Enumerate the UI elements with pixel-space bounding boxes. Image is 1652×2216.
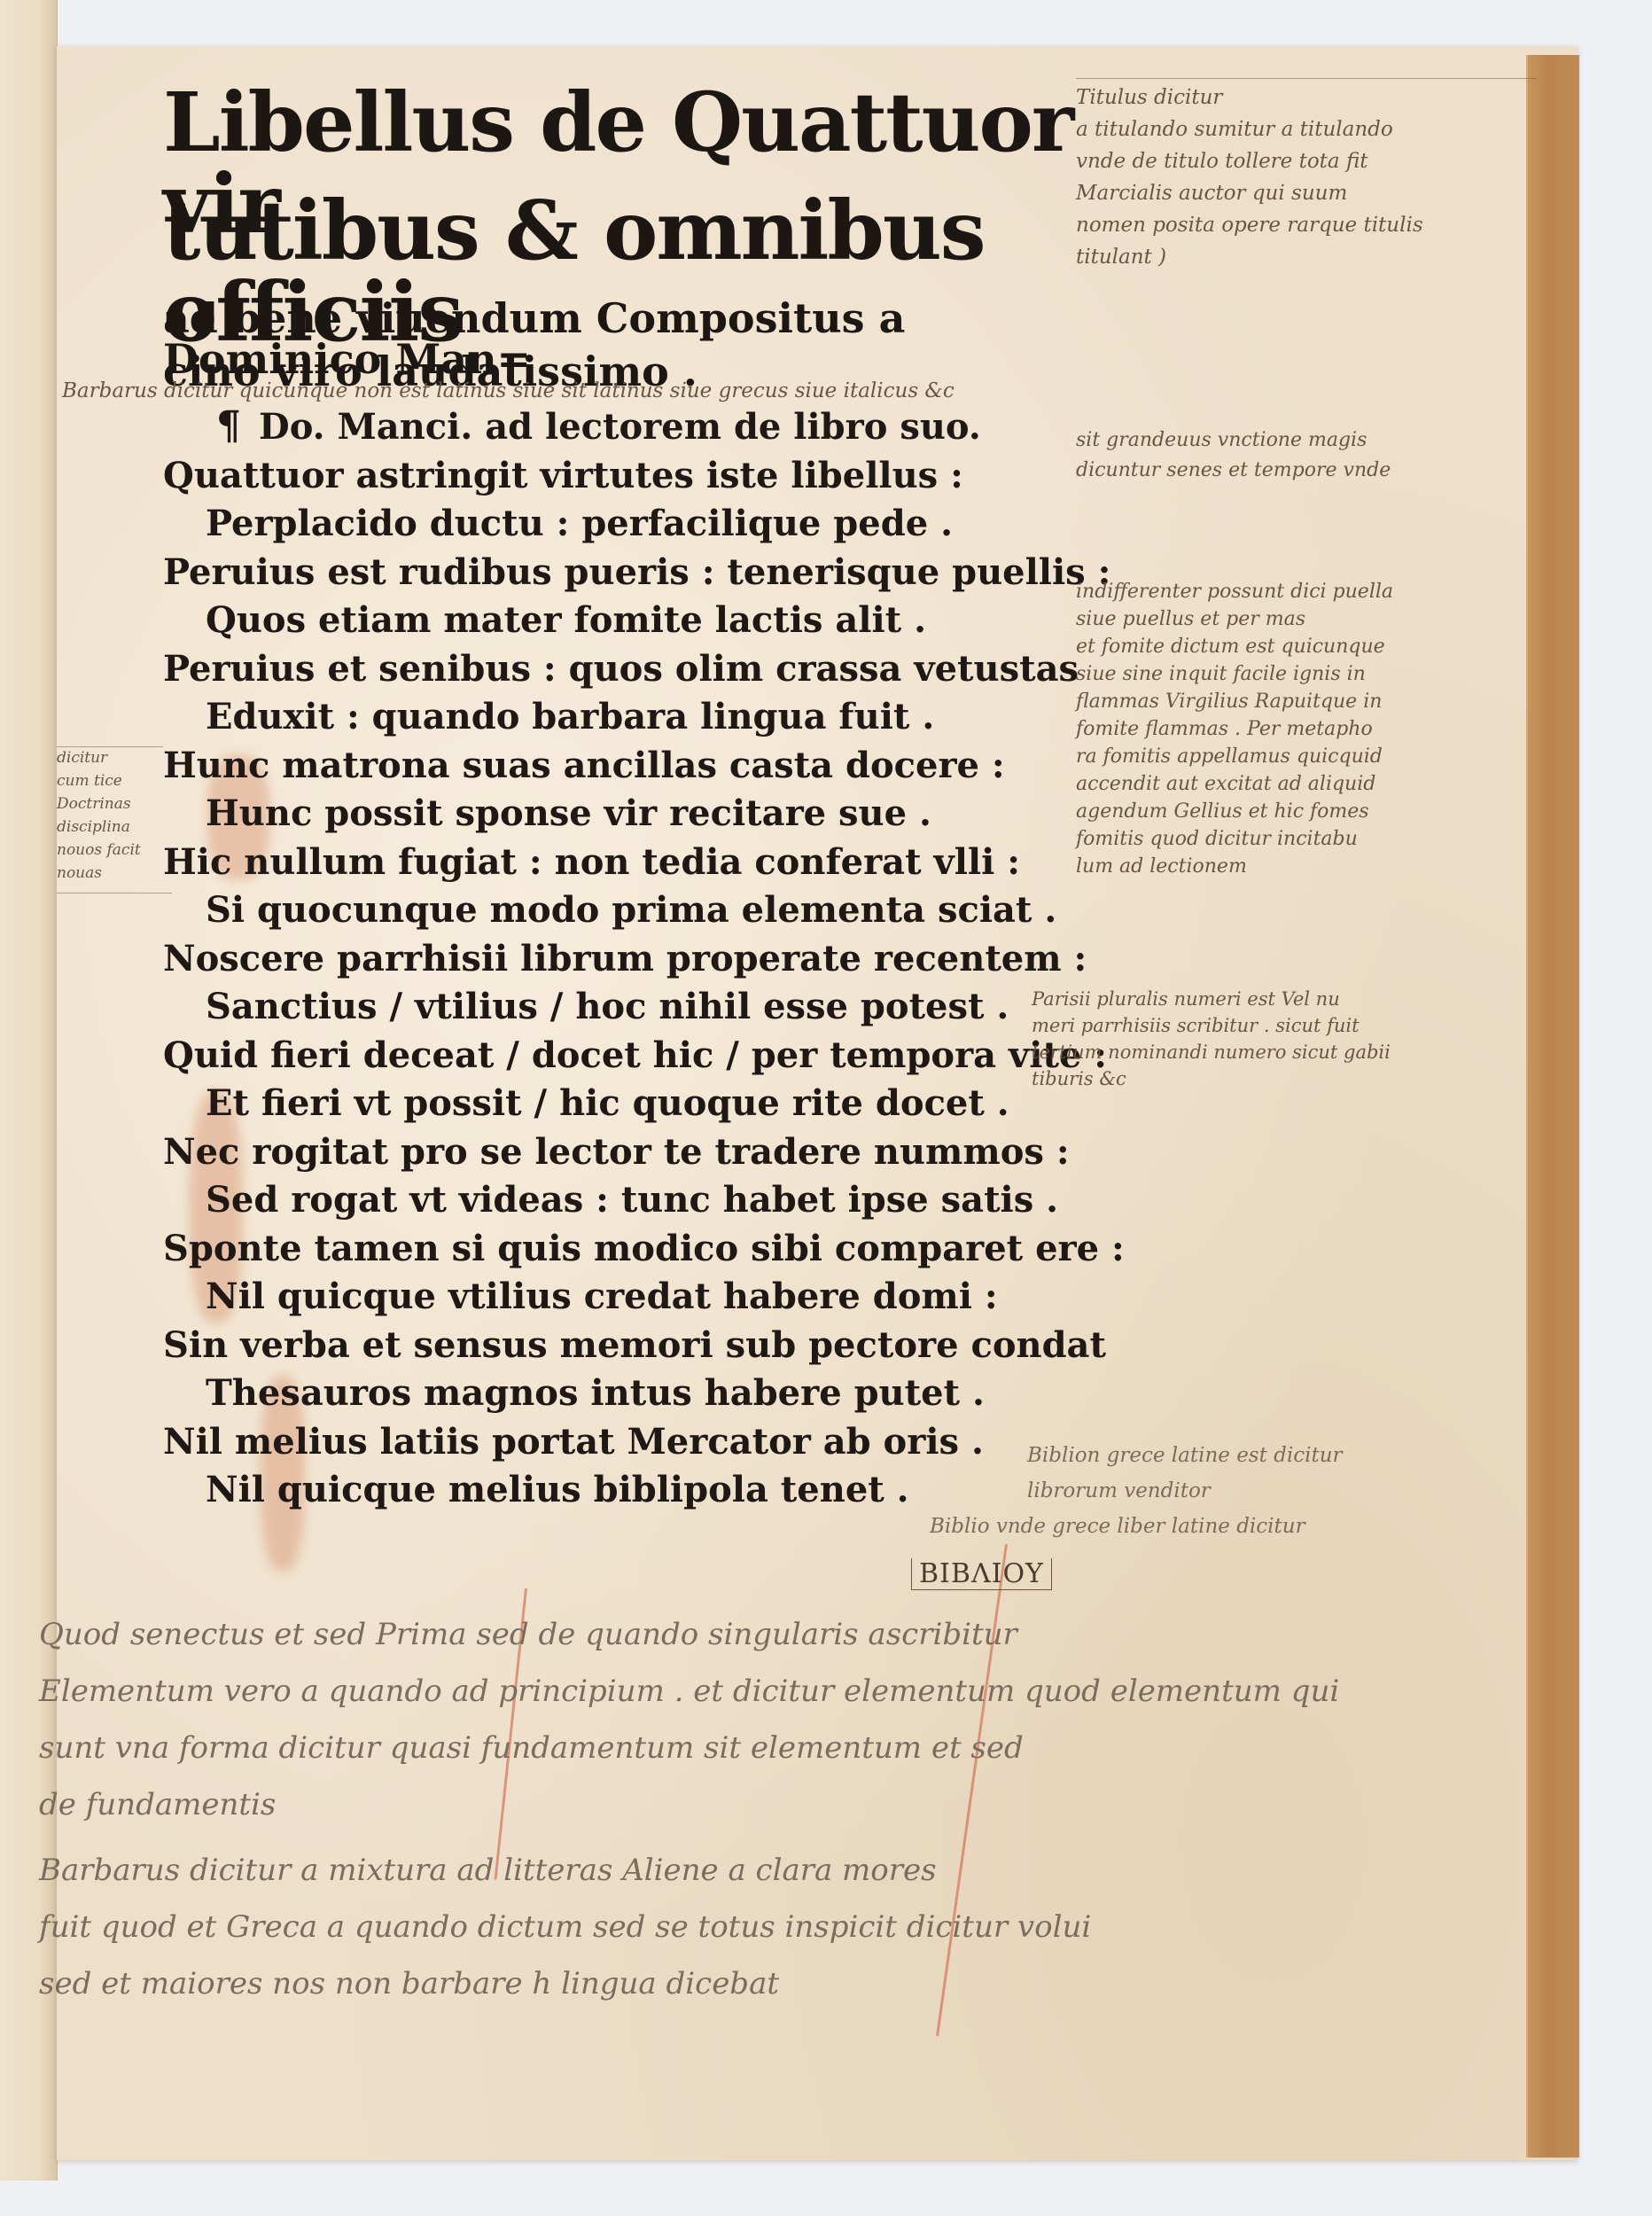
- heading-text: Do. Manci. ad lectorem de libro suo.: [259, 406, 981, 448]
- annotation-line: lum ad lectionem: [1076, 853, 1393, 880]
- verse-line: Sin verba et sensus memori sub pectore c…: [163, 1322, 1085, 1370]
- verse-line: Quattuor astringit virtutes iste libellu…: [163, 452, 1085, 501]
- verse-line: Noscere parrhisii librum properate recen…: [163, 935, 1085, 984]
- verse-line: Hunc matrona suas ancillas casta docere …: [163, 742, 1085, 791]
- annotation-line: Quod senectus et sed Prima sed de quando…: [39, 1606, 1339, 1663]
- annotation-line: dicuntur senes et tempore vnde: [1076, 456, 1391, 486]
- annotation-biblion: Biblion grece latine est dicitur libroru…: [1027, 1438, 1343, 1544]
- annotation-line: fomitis quod dicitur incitabu: [1076, 825, 1393, 853]
- ruled-line: [1076, 78, 1537, 79]
- annotation-line: a titulando sumitur a titulando: [1076, 113, 1423, 145]
- annotation-line: accendit aut excitat ad aliquid: [1076, 770, 1393, 798]
- title-line-1: Libellus de Quattuor vir: [163, 82, 1094, 190]
- annotation-line: Barbarus dicitur a mixtura ad litteras A…: [39, 1842, 1339, 1899]
- annotation-line: disciplina: [57, 815, 141, 839]
- annotation-line: Biblio vnde grece liber latine dicitur: [930, 1509, 1343, 1544]
- annotation-top-right: Titulus dicitur a titulando sumitur a ti…: [1076, 82, 1423, 273]
- title-line-2: tutibus & omnibus officiis: [163, 190, 1094, 298]
- annotation-line: nouas: [57, 862, 141, 885]
- annotation-line: siue puellus et per mas: [1076, 605, 1393, 633]
- annotation-barbarus: Barbarus dicitur quicunque non est latin…: [62, 376, 955, 406]
- annotation-line: librorum venditor: [1027, 1473, 1343, 1509]
- verse-line: Sed rogat vt videas : tunc habet ipse sa…: [163, 1176, 1085, 1225]
- ruled-line: [57, 893, 172, 893]
- annotation-line: sit grandeuus vnctione magis: [1076, 425, 1391, 456]
- annotation-line: siue sine inquit facile ignis in: [1076, 660, 1393, 688]
- annotation-line: agendum Gellius et hic fomes: [1076, 798, 1393, 825]
- annotation-line: dicitur: [57, 746, 141, 769]
- verse-line: Perplacido ductu : perfacilique pede .: [163, 500, 1085, 549]
- page-fore-edge: [1526, 55, 1579, 2157]
- verse-line: Nil quicque vtilius credat habere domi :: [163, 1273, 1085, 1322]
- annotation-line: meri parrhisiis scribitur . sicut fuit: [1032, 1012, 1391, 1039]
- verse-line: Hunc possit sponse vir recitare sue .: [163, 790, 1085, 839]
- annotation-line: tiburis &c: [1032, 1065, 1391, 1092]
- annotation-line: nouos facit: [57, 839, 141, 862]
- annotation-line: Parisii pluralis numeri est Vel nu: [1032, 986, 1391, 1012]
- pilcrow-icon: ¶: [216, 403, 241, 449]
- verse-block: ¶Do. Manci. ad lectorem de libro suo. Qu…: [163, 402, 1085, 1515]
- verse-line: Eduxit : quando barbara lingua fuit .: [163, 693, 1085, 742]
- annotation-right-middle: indifferenter possunt dici puella siue p…: [1076, 578, 1393, 880]
- verse-line: Nec rogitat pro se lector te tradere num…: [163, 1128, 1085, 1177]
- annotation-line: sunt vna forma dicitur quasi fundamentum…: [39, 1720, 1339, 1776]
- verse-line: Peruius et senibus : quos olim crassa ve…: [163, 645, 1085, 694]
- annotation-line: de fundamentis: [39, 1776, 1339, 1833]
- annotation-line: Marcialis auctor qui suum: [1076, 177, 1423, 209]
- annotation-line: Elementum vero a quando ad principium . …: [39, 1663, 1339, 1720]
- verse-line: Sanctius / vtilius / hoc nihil esse pote…: [163, 983, 1085, 1032]
- verse-line: Si quocunque modo prima elementa sciat .: [163, 886, 1085, 935]
- annotation-line: tertium nominandi numero sicut gabii: [1032, 1039, 1391, 1065]
- verse-heading: ¶Do. Manci. ad lectorem de libro suo.: [163, 402, 1085, 452]
- annotation-right-heading: sit grandeuus vnctione magis dicuntur se…: [1076, 425, 1391, 486]
- title-line-3: ad bene viuendum Compositus a Dominico M…: [163, 298, 1094, 351]
- verse-line: Quos etiam mater fomite lactis alit .: [163, 597, 1085, 645]
- greek-word-box: ΒΙΒΛΙΟΥ: [911, 1558, 1052, 1590]
- annotation-line: Biblion grece latine est dicitur: [1027, 1438, 1343, 1473]
- annotation-line: vnde de titulo tollere tota fit: [1076, 145, 1423, 177]
- annotation-line: titulant ): [1076, 241, 1423, 273]
- verse-line: Quid fieri deceat / docet hic / per temp…: [163, 1032, 1085, 1081]
- annotation-left-margin: dicitur cum tice Doctrinas disciplina no…: [57, 746, 141, 885]
- annotation-line: sed et maiores nos non barbare h lingua …: [39, 1955, 1339, 2012]
- annotation-line: ra fomitis appellamus quicquid: [1076, 743, 1393, 770]
- verse-line: Nil quicque melius biblipola tenet .: [163, 1466, 1085, 1515]
- verse-line: Hic nullum fugiat : non tedia conferat v…: [163, 839, 1085, 887]
- annotation-line: nomen posita opere rarque titulis: [1076, 209, 1423, 241]
- book-page: Libellus de Quattuor vir tutibus & omnib…: [57, 46, 1578, 2160]
- annotation-line: flammas Virgilius Rapuitque in: [1076, 688, 1393, 715]
- verse-line: Et fieri vt possit / hic quoque rite doc…: [163, 1080, 1085, 1128]
- annotation-line: fomite flammas . Per metapho: [1076, 715, 1393, 743]
- annotation-line: indifferenter possunt dici puella: [1076, 578, 1393, 605]
- annotation-line: Doctrinas: [57, 792, 141, 815]
- annotation-bottom: Quod senectus et sed Prima sed de quando…: [39, 1606, 1339, 2012]
- printed-title: Libellus de Quattuor vir tutibus & omnib…: [163, 82, 1094, 404]
- verse-line: Nil melius latiis portat Mercator ab ori…: [163, 1418, 1085, 1467]
- annotation-line: et fomite dictum est quicunque: [1076, 633, 1393, 660]
- annotation-line: Titulus dicitur: [1076, 82, 1423, 113]
- verse-line: Peruius est rudibus pueris : tenerisque …: [163, 549, 1085, 597]
- annotation-line: cum tice: [57, 769, 141, 792]
- verse-line: Sponte tamen si quis modico sibi compare…: [163, 1225, 1085, 1274]
- verse-line: Thesauros magnos intus habere putet .: [163, 1369, 1085, 1418]
- annotation-line: fuit quod et Greca a quando dictum sed s…: [39, 1899, 1339, 1955]
- annotation-parisii: Parisii pluralis numeri est Vel nu meri …: [1032, 986, 1391, 1092]
